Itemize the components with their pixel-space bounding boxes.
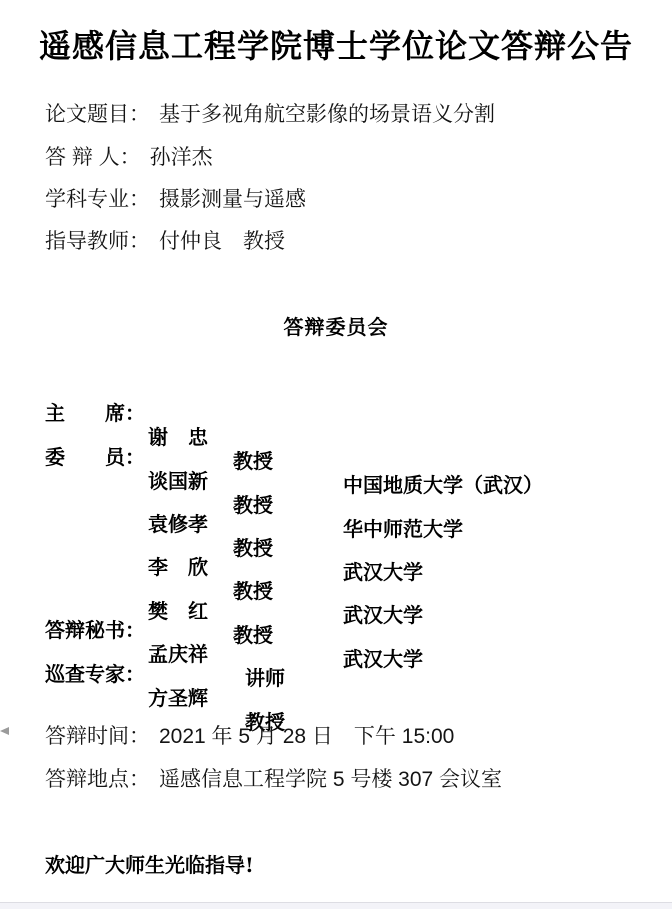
- cursor-artifact: [0, 727, 9, 735]
- committee-row-member: 李 欣 教授 武汉大学: [45, 507, 655, 533]
- major-label: 学科专业：: [45, 188, 150, 211]
- candidate-label: 答 辩 人：: [45, 146, 141, 169]
- thesis-title-value: 基于多视角航空影像的场景语义分割: [159, 103, 495, 126]
- defense-time-row: 答辩时间：2021 年 5 月 28 日 下午 15:00: [45, 725, 454, 748]
- defense-location-label: 答辩地点：: [45, 768, 150, 791]
- secretary-title: 讲师: [245, 666, 285, 690]
- committee-heading: 答辩委员会: [0, 315, 672, 339]
- window-bottom-edge: [0, 902, 672, 909]
- thesis-title-row: 论文题目：基于多视角航空影像的场景语义分割: [45, 103, 495, 126]
- document-title: 遥感信息工程学院博士学位论文答辩公告: [0, 28, 672, 65]
- announcement-document: 遥感信息工程学院博士学位论文答辩公告 论文题目：基于多视角航空影像的场景语义分割…: [0, 0, 672, 909]
- candidate-row: 答 辩 人：孙洋杰: [45, 146, 213, 169]
- defense-location-value: 遥感信息工程学院 5 号楼 307 会议室: [159, 768, 502, 791]
- inspector-row: 巡查专家： 方圣辉 教授: [45, 638, 655, 664]
- advisor-label: 指导教师：: [45, 230, 150, 253]
- committee-row-member: 袁修孝 教授 武汉大学: [45, 464, 655, 490]
- defense-location-row: 答辩地点：遥感信息工程学院 5 号楼 307 会议室: [45, 768, 502, 791]
- welcome-line: 欢迎广大师生光临指导!: [45, 853, 254, 877]
- defense-time-label: 答辩时间：: [45, 725, 150, 748]
- advisor-row: 指导教师：付仲良 教授: [45, 230, 285, 253]
- defense-time-value: 2021 年 5 月 28 日 下午 15:00: [159, 725, 454, 748]
- advisor-value: 付仲良 教授: [159, 230, 285, 253]
- committee-row-chair: 主 席： 谢 忠 教授 中国地质大学（武汉）: [45, 377, 655, 403]
- thesis-title-label: 论文题目：: [45, 103, 150, 126]
- committee-row-member: 樊 红 教授 武汉大学: [45, 551, 655, 577]
- candidate-value: 孙洋杰: [150, 146, 213, 169]
- major-row: 学科专业：摄影测量与遥感: [45, 188, 306, 211]
- secretary-row: 答辩秘书： 孟庆祥 讲师: [45, 594, 655, 620]
- major-value: 摄影测量与遥感: [159, 188, 306, 211]
- committee-row-member: 委 员： 谈国新 教授 华中师范大学: [45, 421, 655, 447]
- inspector-name: 方圣辉: [148, 686, 208, 710]
- inspector-label: 巡查专家：: [45, 662, 145, 686]
